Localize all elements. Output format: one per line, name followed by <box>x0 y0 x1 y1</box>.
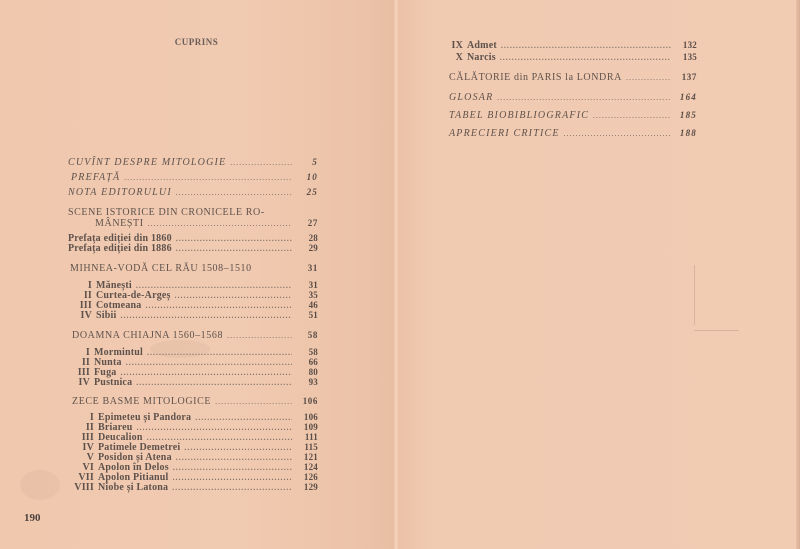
toc-section-heading: MIHNEA-VODĂ CEL RĂU 1508–1510 31 <box>70 263 318 274</box>
book-spread: CUPRINS CUVÎNT DESPRE MITOLOGIE 5 PREFAȚ… <box>0 0 800 549</box>
leader-dots <box>176 234 292 243</box>
toc-entry-label: NOTA EDITORULUI <box>68 187 172 198</box>
toc-entry-label: Pustnica <box>94 377 132 388</box>
toc-entry-label: Narcis <box>467 52 496 63</box>
toc-section-heading: ZECE BASME MITOLOGICE 106 <box>72 396 318 407</box>
toc-entry-label: APRECIERI CRITICE <box>449 128 560 139</box>
toc-entry-label: Admet <box>467 40 497 51</box>
toc-entry-page: 27 <box>296 218 318 228</box>
leader-dots <box>124 173 292 182</box>
toc-entry-page: 31 <box>296 280 318 290</box>
chapter-number: IV <box>70 377 90 388</box>
toc-entry: IVSibii 51 <box>68 310 318 321</box>
leader-dots <box>184 443 292 452</box>
leader-dots <box>136 378 292 387</box>
toc-entry-page: 31 <box>296 263 318 273</box>
leader-dots <box>497 93 671 102</box>
chapter-number: X <box>455 52 463 63</box>
page-edge <box>796 0 800 549</box>
leader-dots <box>137 423 292 432</box>
leader-dots <box>195 413 292 422</box>
toc-entry-page: 109 <box>296 422 318 432</box>
leader-dots <box>176 188 292 197</box>
toc-entry-label: Prefața ediției din 1886 <box>68 243 172 254</box>
toc-entry-page: 25 <box>296 187 318 197</box>
toc-entry-label: PREFAȚĂ <box>71 172 120 183</box>
toc-entry: APRECIERI CRITICE 188 <box>449 128 697 139</box>
toc-entry-page: 188 <box>675 128 697 138</box>
toc-entry-page: 28 <box>296 233 318 243</box>
toc-entry-page: 106 <box>296 412 318 422</box>
toc-entry-page: 137 <box>675 72 697 82</box>
toc-entry-page: 129 <box>296 482 318 492</box>
toc-entry: CĂLĂTORIE din PARIS la LONDRA 137 <box>449 72 697 83</box>
toc-entry-page: 126 <box>296 472 318 482</box>
leader-dots <box>148 219 292 228</box>
toc-entry-page: 124 <box>296 462 318 472</box>
toc-entry-page: 132 <box>675 40 697 50</box>
leader-dots <box>126 358 292 367</box>
pencil-mark <box>694 330 739 331</box>
leader-dots <box>173 463 292 472</box>
toc-entry-page: 46 <box>296 300 318 310</box>
toc-entry-label: GLOSAR <box>449 92 493 103</box>
leader-dots <box>500 53 671 62</box>
paper-stain <box>20 470 60 500</box>
leader-dots <box>147 433 292 442</box>
leader-dots <box>176 244 292 253</box>
toc-entry-label: DOAMNA CHIAJNA 1560–1568 <box>72 330 223 341</box>
toc-entry-page: 185 <box>675 110 697 120</box>
toc-entry-page: 5 <box>296 157 318 167</box>
leader-dots <box>227 331 292 340</box>
toc-entry-page: 10 <box>296 172 318 182</box>
toc-entry-page: 58 <box>296 330 318 340</box>
leader-dots <box>215 397 292 406</box>
toc-entry: XNarcis 135 <box>455 52 697 63</box>
chapter-number: IX <box>449 40 463 51</box>
leader-dots <box>175 291 292 300</box>
toc-entry-page: 106 <box>296 396 318 406</box>
leader-dots <box>564 129 671 138</box>
toc-entry: TABEL BIOBIBLIOGRAFIC 185 <box>449 110 697 121</box>
leader-dots <box>626 73 671 82</box>
toc-entry-label: CĂLĂTORIE din PARIS la LONDRA <box>449 72 622 83</box>
leader-dots <box>593 111 671 120</box>
toc-entry-label: CUVÎNT DESPRE MITOLOGIE <box>68 157 226 168</box>
toc-entry: CUVÎNT DESPRE MITOLOGIE 5 <box>68 157 318 168</box>
toc-entry: IVPustnica 93 <box>70 377 318 388</box>
page-title: CUPRINS <box>0 37 393 47</box>
toc-entry-page: 111 <box>296 432 318 442</box>
toc-entry-page: 121 <box>296 452 318 462</box>
toc-section-heading: DOAMNA CHIAJNA 1560–1568 58 <box>72 330 318 341</box>
toc-entry: IXAdmet 132 <box>449 40 697 51</box>
toc-entry-page: 51 <box>296 310 318 320</box>
toc-entry-page: 164 <box>675 92 697 102</box>
toc-entry-page: 66 <box>296 357 318 367</box>
toc-entry-page: 80 <box>296 367 318 377</box>
toc-section-heading: SCENE ISTORICE DIN CRONICELE RO- <box>68 207 318 218</box>
toc-entry: NOTA EDITORULUI 25 <box>68 187 318 198</box>
toc-entry: GLOSAR 164 <box>449 92 697 103</box>
toc-entry-page: 93 <box>296 377 318 387</box>
pencil-mark <box>694 265 695 325</box>
toc-entry-label: MIHNEA-VODĂ CEL RĂU 1508–1510 <box>70 263 252 274</box>
leader-dots <box>120 368 292 377</box>
left-page: CUPRINS CUVÎNT DESPRE MITOLOGIE 5 PREFAȚ… <box>0 0 393 549</box>
right-page: IXAdmet 132 XNarcis 135 CĂLĂTORIE din PA… <box>399 0 800 549</box>
toc-entry-page: 29 <box>296 243 318 253</box>
toc-entry-page: 58 <box>296 347 318 357</box>
leader-dots <box>120 311 292 320</box>
toc-entry-label: Niobe și Latona <box>98 482 168 493</box>
toc-entry: MÂNEȘTI 27 <box>95 218 318 229</box>
leader-dots <box>173 473 292 482</box>
toc-entry-page: 35 <box>296 290 318 300</box>
leader-dots <box>145 301 292 310</box>
toc-entry-label: MÂNEȘTI <box>95 218 144 229</box>
toc-entry-page: 115 <box>296 442 318 452</box>
leader-dots <box>230 158 292 167</box>
leader-dots <box>172 483 292 492</box>
toc-entry-page: 135 <box>675 52 697 62</box>
leader-dots <box>136 281 292 290</box>
toc-entry-label: TABEL BIOBIBLIOGRAFIC <box>449 110 589 121</box>
toc-entry: PREFAȚĂ 10 <box>71 172 318 183</box>
toc-entry-label: Sibii <box>96 310 116 321</box>
toc-entry: Prefața ediției din 1886 29 <box>68 243 318 254</box>
chapter-number: VIII <box>62 482 94 493</box>
toc-entry-label: ZECE BASME MITOLOGICE <box>72 396 211 407</box>
page-number: 190 <box>24 512 41 524</box>
leader-dots <box>501 41 671 50</box>
leader-dots <box>147 348 292 357</box>
chapter-number: IV <box>68 310 92 321</box>
toc-entry: VIIINiobe și Latona 129 <box>62 482 318 493</box>
leader-dots <box>176 453 292 462</box>
toc-entry-label: SCENE ISTORICE DIN CRONICELE RO- <box>68 207 265 218</box>
